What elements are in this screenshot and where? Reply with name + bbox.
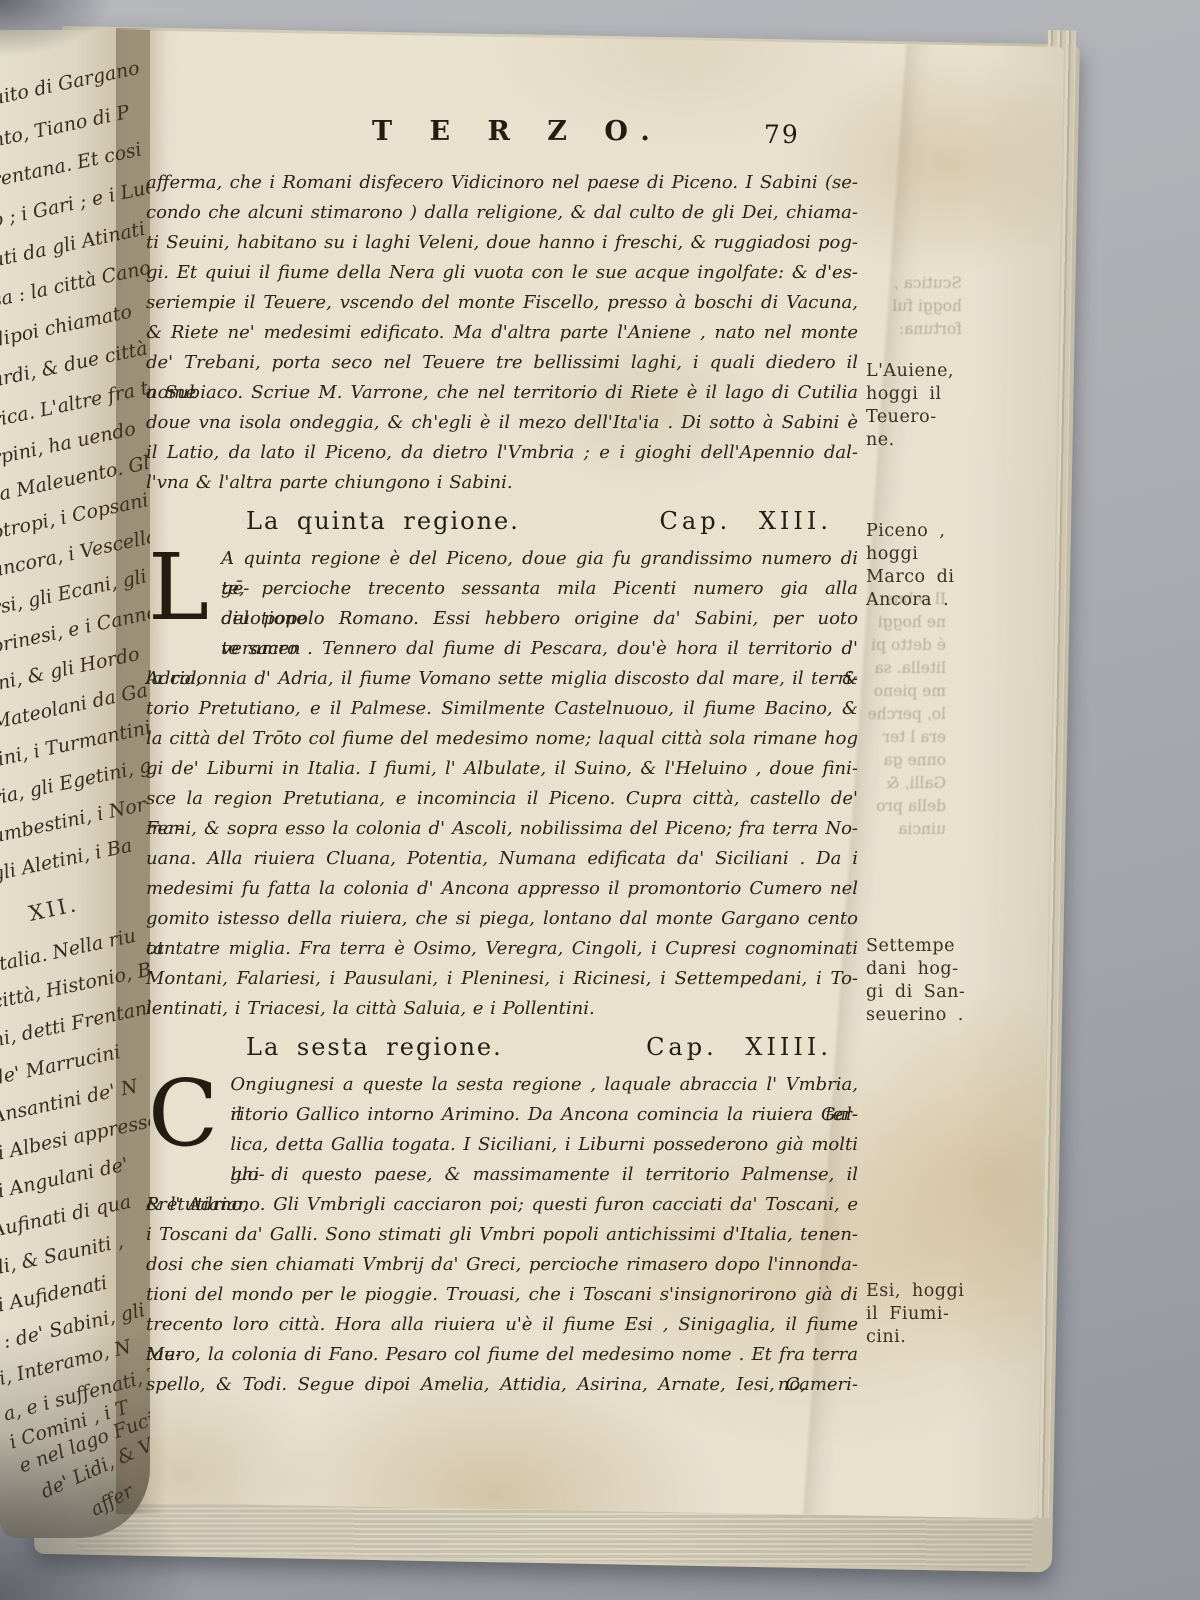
facing-page-text-line: e nel lago Fucino	[16, 1393, 150, 1477]
text-line: tauro, la colonia di Fano. Pesaro col fi…	[146, 1340, 858, 1370]
facing-page-text-line: li Angulani de'	[0, 1144, 150, 1204]
facing-page-text-line: sa : la città Canosa	[0, 252, 150, 312]
margin-note: L'Auiene, hoggi il Teuero- ne.	[866, 360, 996, 452]
facing-page-text-line: lli, & Sauniti ,	[0, 1220, 150, 1280]
chapter-running-title: T E R Z O.	[372, 116, 664, 147]
facing-page-text-line: rpini, ha uendo	[0, 410, 150, 470]
text-line: uana. Alla riuiera Cluana, Potentia, Num…	[146, 844, 858, 874]
text-line: ritorio Gallico intorno Arimino. Da Anco…	[146, 1100, 858, 1130]
heading-title: La sesta regione.	[246, 1033, 503, 1061]
margin-note: Esi, hoggi il Fiumi- cini.	[866, 1280, 996, 1349]
facing-page-text-line: Italia. Nella riu	[0, 917, 150, 977]
facing-page-text-line: orinesi, e i Canne	[0, 598, 150, 658]
facing-page-text-line: XII.	[0, 864, 150, 934]
paragraph: afferma, che i Romani disfecero Vidicino…	[146, 168, 858, 498]
text-line: torio Pretutiano, e il Palmese. Similmen…	[146, 694, 858, 724]
facing-page-text-line: a, e i suffenati, T	[1, 1356, 150, 1425]
facing-page-text-line: Mateolani da Ga	[0, 674, 150, 734]
text-line: condo che alcuni stimarono ) dalla relig…	[146, 198, 858, 228]
facing-page-edge: uito di Garganonto, Tiano di Prentana. E…	[0, 30, 150, 1538]
facing-page-text-line: umbestini, i Nor	[0, 788, 150, 848]
heading-chapter-number: Cap. XIII.	[660, 507, 832, 535]
facing-page-text-line: de' Marrucini	[0, 1030, 150, 1090]
paragraph: LA quinta regione è del Piceno, doue gia…	[146, 544, 858, 1024]
paragraph: COngiugnesi a queste la sesta regione , …	[146, 1070, 858, 1400]
text-line: Montani, Falariesi, i Pausulani, i Pleni…	[146, 964, 858, 994]
page-number: 79	[764, 120, 800, 149]
heading-chapter-number: Cap. XIIII.	[646, 1033, 832, 1061]
text-line: te, percioche trecento sessanta mila Pic…	[146, 574, 858, 604]
facing-page-text-line: li Albesi appresso	[0, 1106, 150, 1166]
drop-cap: L	[148, 547, 209, 635]
facing-page-text-line: ardi, & due città	[0, 332, 150, 392]
text-line: seriempie il Teuere, vscendo del monte F…	[146, 288, 858, 318]
drop-cap: C	[148, 1073, 218, 1161]
text-line: mani, & sopra esso la colonia d' Ascoli,…	[146, 814, 858, 844]
text-line: lica, detta Gallia togata. I Siciliani, …	[146, 1130, 858, 1160]
text-line: ghi di questo paese, & massimamente il t…	[146, 1160, 858, 1190]
facing-page-text-line: ancora, i Vescella	[0, 522, 150, 582]
text-line: ti Seuini, habitano su i laghi Veleni, d…	[146, 228, 858, 258]
facing-page-text-line: li Aufidenati	[0, 1258, 150, 1318]
text-line: il Latio, da lato il Piceno, da dietro l…	[146, 438, 858, 468]
text-line: de' Trebani, porta seco nel Teuere tre b…	[146, 348, 858, 378]
text-line: la città del Trōto col fiume del medesim…	[146, 724, 858, 754]
text-line: a Subiaco. Scriue M. Varrone, che nel te…	[146, 378, 858, 408]
facing-page-text-line: affer	[87, 1414, 150, 1520]
facing-page-text-line: uito di Gargano	[0, 50, 150, 110]
text-line: afferma, che i Romani disfecero Vidicino…	[146, 168, 858, 198]
catchword: no,	[146, 1374, 806, 1395]
text-line: Ongiugnesi a queste la sesta regione , l…	[146, 1070, 858, 1100]
facing-page-text-line: gli Aletini, i Ba	[0, 826, 150, 886]
facing-page-text-line: rica. L'altre fra te	[0, 372, 150, 432]
facing-page-text-line: ini, & gli Hordo	[0, 636, 150, 696]
text-line: dosi che sien chiamati Vmbrij da' Greci,…	[146, 1250, 858, 1280]
text-line: la colonnia d' Adria, il fiume Vomano se…	[146, 664, 858, 694]
facing-page-text-line: de' Lidi, & V	[38, 1408, 150, 1503]
margin-note: Settempe dani hog- gi di San- seuerino .	[866, 935, 996, 1027]
text-line: tantatre miglia. Fra terra è Osimo, Vere…	[146, 934, 858, 964]
facing-page-text-line: i : de' Sabini, gli	[0, 1293, 150, 1356]
text-line: lentinati, i Triacesi, la città Saluia, …	[146, 994, 858, 1024]
text-line: gomito istesso della riuiera, che si pie…	[146, 904, 858, 934]
facing-page-text-line: lini, i Turmantini	[0, 712, 150, 772]
running-head: T E R Z O. 79	[146, 116, 858, 166]
facing-page-text-line: o ; i Gari ; e i Luca	[0, 172, 150, 232]
margin-note: Piceno , hoggi Marco di Ancora .	[866, 520, 996, 612]
facing-page-text-line: dipoi chiamato	[0, 292, 150, 352]
facing-page-text-line: otropi, i Copsani	[0, 484, 150, 544]
section-heading: La quinta regione.Cap. XIII.	[146, 498, 858, 544]
text-line: te sacro . Tennero dal fiume di Pescara,…	[146, 634, 858, 664]
facing-page-text-line: rentana. Et cosi	[0, 132, 150, 192]
text-line: A quinta regione è del Piceno, doue gia …	[146, 544, 858, 574]
facing-page-text-line: Ansantini de' N	[0, 1068, 150, 1128]
facing-page-text-line: città, Histonio, B	[0, 954, 150, 1014]
heading-title: La quinta regione.	[246, 507, 520, 535]
facing-page-text-line: ria, gli Egetini, gli	[0, 750, 150, 810]
show-through-block: Scutica , hoggi ful fortuna:	[850, 272, 962, 341]
text-line: gi de' Liburni in Italia. I fiumi, l' Al…	[146, 754, 858, 784]
text-line: trecento loro città. Hora alla riuiera u…	[146, 1310, 858, 1340]
facing-page-text-line: Aufinati di qua	[0, 1182, 150, 1242]
facing-page-text-line: nto, Tiano di P	[0, 92, 150, 152]
facing-page-text-line: ta Maleuento. Gli	[0, 447, 150, 507]
facing-page-text-line: i Comini , i T	[7, 1378, 150, 1453]
text-line: medesimi fu fatta la colonia d' Ancona a…	[146, 874, 858, 904]
main-text-block: afferma, che i Romani disfecero Vidicino…	[146, 168, 858, 1400]
text-line: & Riete ne' medesimi edificato. Ma d'alt…	[146, 318, 858, 348]
text-line: & l' Adriano. Gli Vmbrigli cacciaron poi…	[146, 1190, 858, 1220]
text-line: gi. Et quiui il fiume della Nera gli vuo…	[146, 258, 858, 288]
text-line: l'vna & l'altra parte chiungono i Sabini…	[146, 468, 858, 498]
facing-page-text-line: rsi, gli Ecani, gli	[0, 560, 150, 620]
section-heading: La sesta regione.Cap. XIIII.	[146, 1024, 858, 1070]
text-line: sce la region Pretutiana, e incomincia i…	[146, 784, 858, 814]
text-line: i Toscani da' Galli. Sono stimati gli Vm…	[146, 1220, 858, 1250]
facing-page-text-line: ti, Interamo, N	[0, 1326, 150, 1392]
facing-page-text-line: ni, detti Frentani	[0, 992, 150, 1052]
book-photo: uito di Garganonto, Tiano di Prentana. E…	[0, 0, 1200, 1600]
text-line: doue vna isola ondeggia, & ch'egli è il …	[146, 408, 858, 438]
text-line: del popolo Romano. Essi hebbero origine …	[146, 604, 858, 634]
text-line: tioni del mondo per le pioggie. Trouasi,…	[146, 1280, 858, 1310]
facing-page-text-line: uti da gli Atinati	[0, 212, 150, 272]
